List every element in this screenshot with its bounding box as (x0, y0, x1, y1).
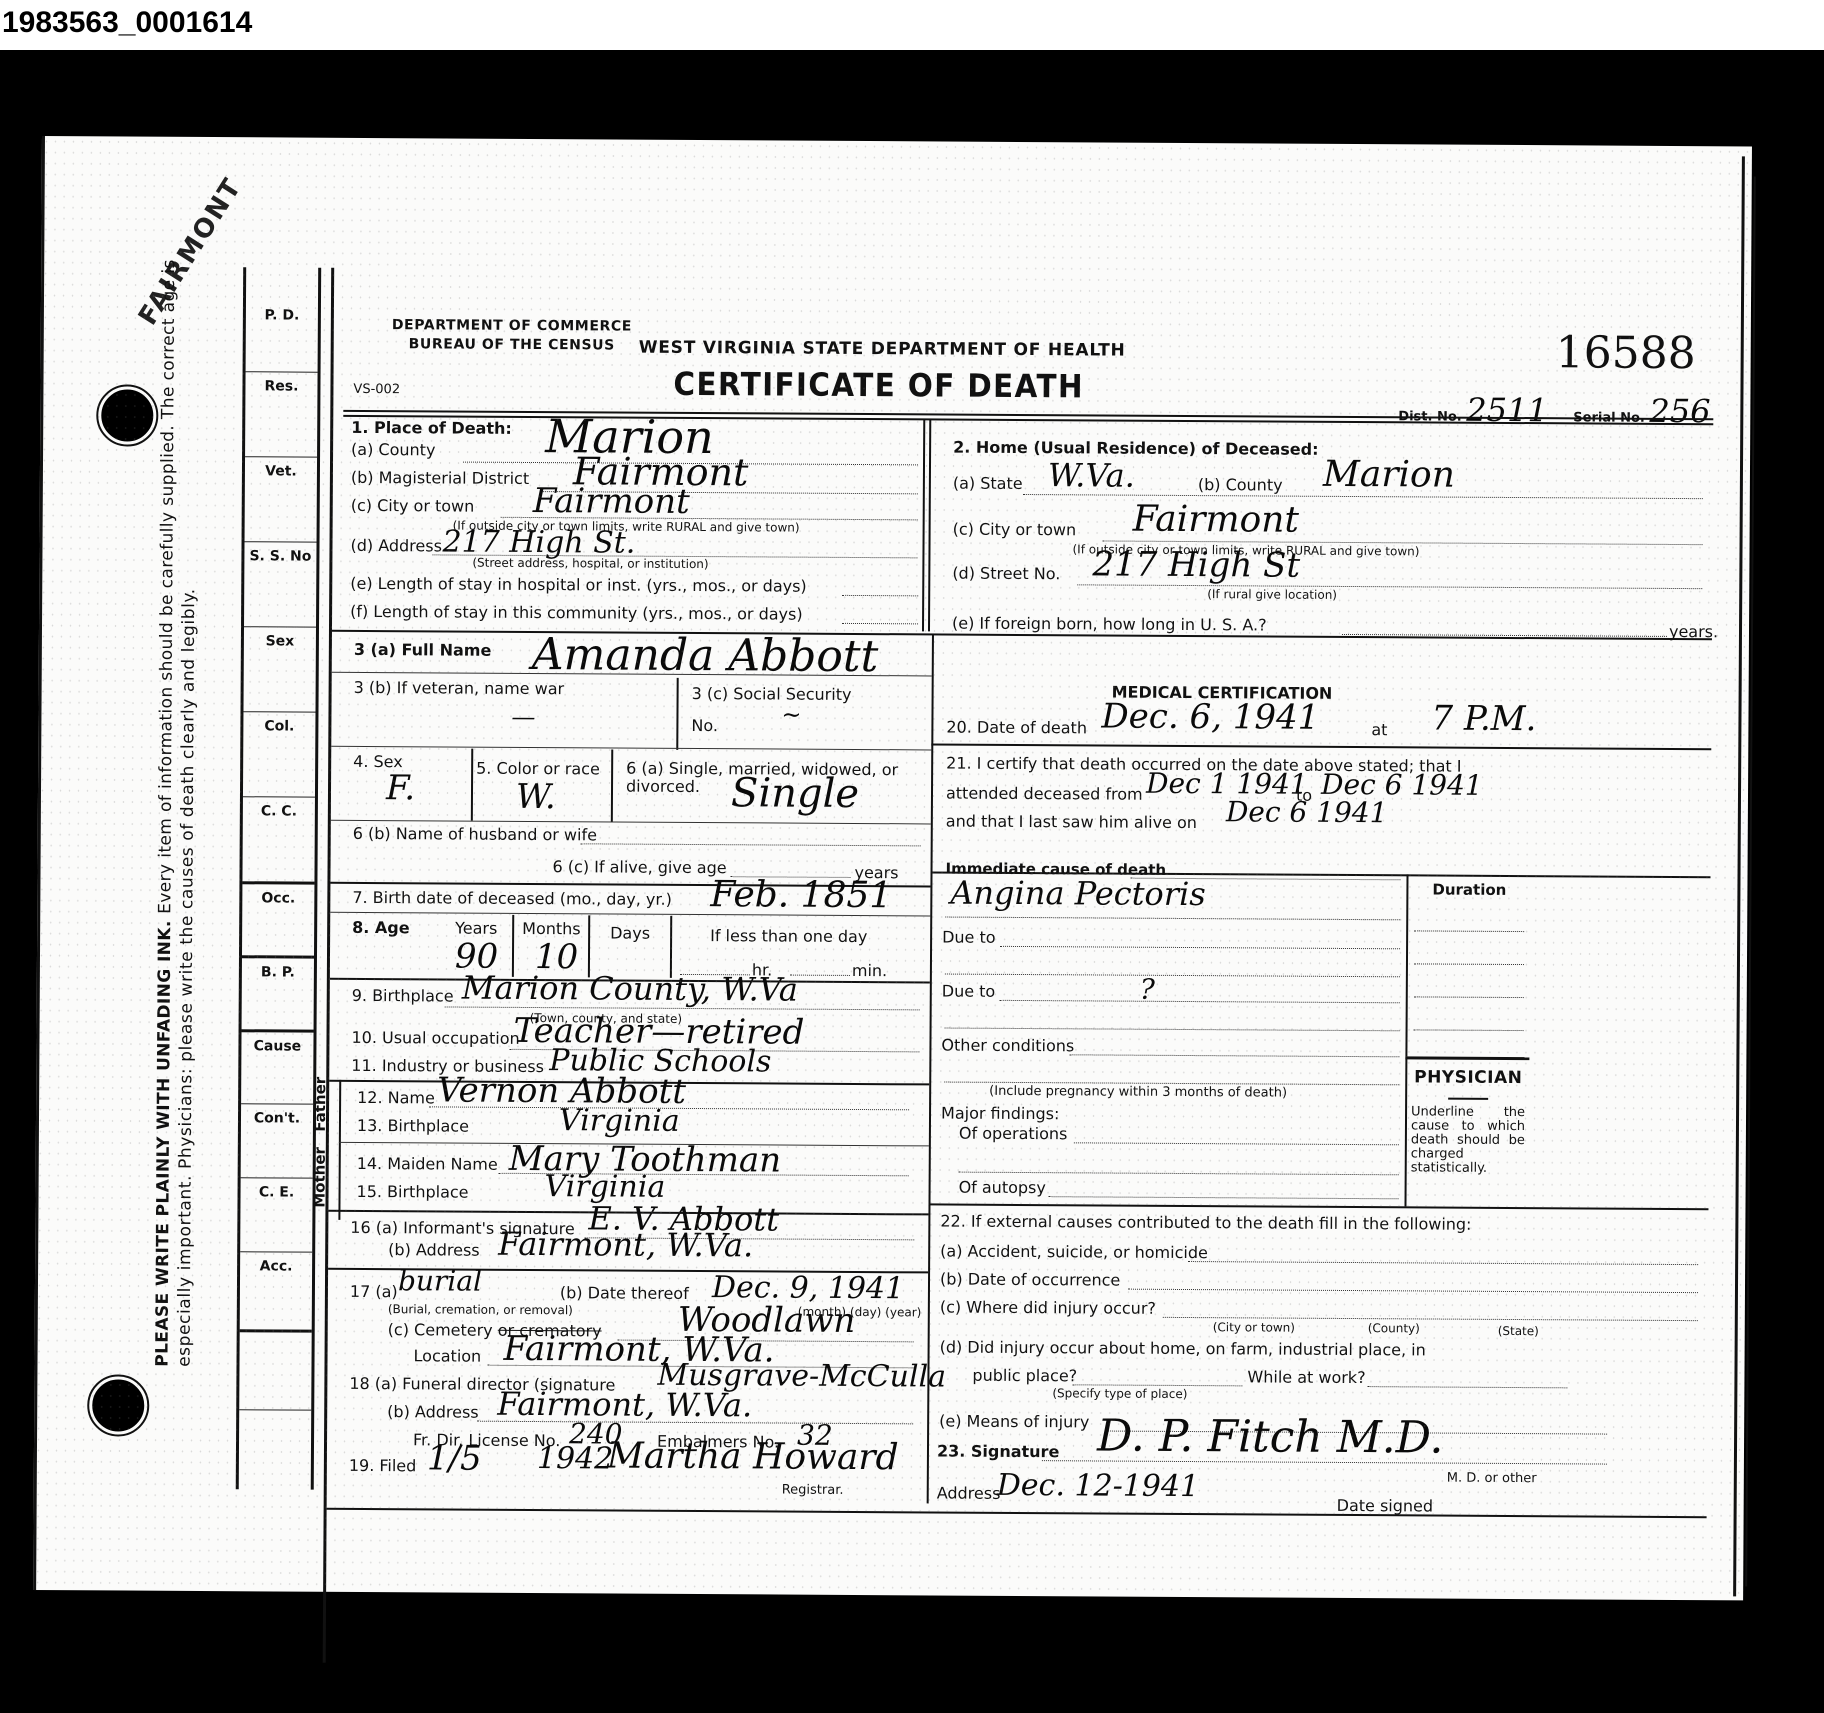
document-title: CERTIFICATE OF DEATH (673, 365, 1084, 406)
ss-no-label: No. (691, 716, 718, 735)
right-edge-inner (1745, 176, 1756, 1586)
dotted-line (1367, 1386, 1567, 1388)
duration-line (1414, 898, 1524, 932)
veteran-value: — (511, 703, 535, 731)
code-cell: Cause (241, 1029, 313, 1103)
pod-district-label: (b) Magisterial District (351, 468, 529, 488)
date-signed-label: Date signed (1337, 1496, 1434, 1516)
other-conditions-label: Other conditions (941, 1036, 1074, 1056)
res-city-label: (c) City or town (953, 520, 1077, 540)
res-street: 217 High St (1092, 544, 1300, 585)
age-months-label: Months (522, 919, 581, 938)
dotted-line (790, 975, 850, 976)
pregnancy-note: (Include pregnancy within 3 months of de… (989, 1084, 1287, 1101)
disposition-method: burial (398, 1264, 482, 1298)
pod-city: Fairmont (533, 481, 690, 522)
major-findings-label: Major findings: (941, 1104, 1059, 1124)
birth-date: Feb. 1851 (710, 874, 892, 916)
marital-value: Single (731, 770, 859, 817)
divider (471, 749, 473, 821)
row-rule (931, 743, 1711, 750)
director-address: Fairmont, W.Va. (497, 1385, 752, 1425)
code-cell: C. E. (240, 1177, 312, 1251)
race-value: W. (516, 777, 556, 817)
divider (928, 419, 931, 631)
dotted-line (581, 843, 921, 846)
agency-name: WEST VIRGINIA STATE DEPARTMENT OF HEALTH (639, 338, 1126, 361)
duration-line (1414, 997, 1524, 1031)
res-county-label: (b) County (1198, 475, 1283, 495)
spouse-label: 6 (b) Name of husband or wife (353, 824, 597, 844)
operations-label: Of operations (959, 1124, 1068, 1144)
due-to-1-label: Due to (942, 928, 996, 947)
res-state-label: (a) State (953, 474, 1023, 493)
father-birthplace: Virginia (559, 1103, 680, 1139)
age-years-label: Years (455, 919, 497, 938)
death-date-label: 20. Date of death (946, 718, 1087, 738)
divider (922, 419, 925, 631)
dotted-line (842, 595, 918, 596)
divider (670, 916, 672, 978)
physician-label: PHYSICIAN (1407, 1067, 1529, 1088)
external-a-label: (a) Accident, suicide, or homicide (940, 1242, 1208, 1263)
mother-birthplace-label: 15. Birthplace (357, 1182, 469, 1202)
code-cell: B. P. (242, 955, 314, 1029)
md-note: M. D. or other (1447, 1471, 1537, 1487)
disposition-date-label: (b) Date thereof (560, 1283, 689, 1303)
dotted-line (1000, 1000, 1400, 1003)
full-name-label: 3 (a) Full Name (354, 640, 492, 660)
pod-county-label: (a) County (351, 440, 435, 460)
registrar-name: Martha Howard (607, 1435, 899, 1478)
external-c-note-county: (County) (1368, 1321, 1420, 1335)
external-heading: 22. If external causes contributed to th… (940, 1212, 1471, 1234)
autopsy-label: Of autopsy (959, 1178, 1046, 1198)
residence-heading: 2. Home (Usual Residence) of Deceased: (953, 438, 1319, 459)
signature-label: 23. Signature (937, 1441, 1059, 1461)
age-label: 8. Age (352, 918, 410, 937)
bottom-rule (327, 1508, 1707, 1518)
dotted-line (1049, 1196, 1399, 1199)
pod-address-label: (d) Address (350, 536, 442, 556)
last-seen-label: and that I last saw him alive on (946, 812, 1197, 833)
filed-date: 1/5 (427, 1438, 482, 1478)
image-id-label: 1983563_0001614 (2, 6, 252, 40)
dotted-line (1188, 1261, 1698, 1265)
spouse-age-label: 6 (c) If alive, give age (552, 857, 726, 877)
director-address-label: (b) Address (387, 1402, 479, 1422)
age-days-label: Days (610, 923, 650, 942)
external-e-label: (e) Means of injury (939, 1412, 1089, 1432)
stay-hospital-label: (e) Length of stay in hospital or inst. … (350, 574, 807, 596)
cemetery-label-text: (c) Cemetery (388, 1320, 493, 1340)
external-d-note: (Specify type of place) (1052, 1386, 1187, 1401)
divider (588, 915, 590, 977)
external-c-note-city: (City or town) (1213, 1320, 1295, 1335)
dept-line1: DEPARTMENT OF COMMERCE (392, 316, 632, 336)
dotted-line (945, 917, 1400, 921)
divider (1448, 1098, 1488, 1100)
filed-year: 1942 (537, 1441, 614, 1476)
coding-column: P. D. Res. Vet. S. S. No Sex Col. C. C. … (236, 267, 321, 1489)
divider (611, 749, 613, 821)
father-birthplace-label: 13. Birthplace (357, 1116, 469, 1136)
physician-signature: D. P. Fitch M.D. (1097, 1410, 1444, 1463)
pod-city-label: (c) City or town (351, 496, 475, 516)
foreign-born-label: (e) If foreign born, how long in U. S. A… (952, 614, 1267, 635)
less-than-day-label: If less than one day (710, 926, 867, 946)
disposition-label: 17 (a) (350, 1282, 398, 1301)
certificate-number: 16588 (1556, 327, 1696, 379)
ss-label: 3 (c) Social Security (692, 684, 852, 704)
instructions-rest: Every item of information should be care… (155, 259, 179, 914)
death-certificate: FAIRMONT PLEASE WRITE PLAINLY WITH UNFAD… (33, 136, 1752, 1600)
row-rule (331, 746, 931, 751)
image-id-bar: 1983563_0001614 (0, 0, 1824, 50)
disposition-note: (Burial, cremation, or removal) (388, 1302, 573, 1317)
code-cell (239, 1329, 311, 1409)
physician-box: PHYSICIAN Underline the cause to which d… (1404, 1056, 1529, 1207)
dotted-line (1074, 1142, 1399, 1145)
birthplace-label: 9. Birthplace (352, 986, 454, 1006)
place-of-death-heading: 1. Place of Death: (351, 418, 512, 438)
duration-line (1414, 931, 1524, 965)
duration-label: Duration (1408, 880, 1530, 899)
immediate-cause: Angina Pectoris (950, 874, 1206, 914)
work-label: While at work? (1247, 1367, 1365, 1387)
right-edge (1733, 156, 1745, 1596)
ss-no: ~ (781, 701, 801, 729)
date-signed: Dec. 12-1941 (997, 1468, 1200, 1504)
death-time-label: at (1371, 720, 1387, 739)
external-d-label2: public place? (972, 1366, 1077, 1386)
mother-name-label: 14. Maiden Name (357, 1154, 498, 1174)
divider (512, 915, 514, 977)
punch-hole (98, 386, 156, 444)
res-county: Marion (1323, 454, 1455, 496)
divider (338, 1080, 341, 1220)
dotted-line (1069, 1054, 1399, 1057)
death-time: 7 P.M. (1431, 698, 1536, 739)
dotted-line (1000, 946, 1400, 949)
external-c-label: (c) Where did injury occur? (940, 1298, 1156, 1318)
registrar-label: Registrar. (782, 1483, 844, 1498)
pod-address-note: (Street address, hospital, or institutio… (472, 556, 708, 571)
father-name-label: 12. Name (357, 1088, 435, 1107)
dotted-line (1077, 584, 1702, 589)
father-tag: Father (311, 1077, 329, 1132)
res-state: W.Va. (1048, 456, 1135, 495)
attended-label: attended deceased from (946, 784, 1143, 804)
location-label: Location (413, 1346, 481, 1365)
birthplace: Marion County, W.Va (462, 969, 798, 1009)
dotted-line (959, 1172, 1399, 1176)
margin-instructions: PLEASE WRITE PLAINLY WITH UNFADING INK. … (152, 259, 201, 1367)
section-rule (928, 1203, 1708, 1210)
instructions-line2: especially important. Physicians: please… (174, 259, 201, 1367)
res-street-label: (d) Street No. (952, 564, 1060, 584)
occupation-label: 10. Usual occupation (351, 1028, 519, 1048)
form-body: DEPARTMENT OF COMMERCE BUREAU OF THE CEN… (323, 268, 1716, 1671)
code-cell: Occ. (242, 881, 314, 955)
due-to-2-label: Due to (942, 982, 996, 1001)
external-c-note-state: (State) (1498, 1324, 1539, 1338)
external-b-label: (b) Date of occurrence (940, 1270, 1120, 1290)
duration-box: Duration (1405, 874, 1530, 1057)
dotted-line (945, 1028, 1400, 1032)
instructions-bold: PLEASE WRITE PLAINLY WITH UNFADING INK. (152, 920, 175, 1367)
external-d-label: (d) Did injury occur about home, on farm… (940, 1338, 1426, 1360)
birth-date-label: 7. Birth date of deceased (mo., day, yr.… (352, 888, 672, 909)
left-edge (33, 136, 45, 1590)
dept-line2: BUREAU OF THE CENSUS (392, 335, 632, 355)
stay-community-label: (f) Length of stay in this community (yr… (350, 602, 803, 624)
code-cell: C. C. (242, 796, 315, 881)
code-cell (239, 1409, 311, 1489)
code-cell: Acc. (240, 1251, 312, 1329)
veteran-label: 3 (b) If veteran, name war (354, 678, 565, 698)
res-street-note: (If rural give location) (1207, 587, 1337, 602)
duration-line (1414, 964, 1524, 998)
code-cell: Con't. (241, 1103, 313, 1177)
form-number: VS-002 (353, 382, 400, 397)
dotted-line (1128, 1289, 1698, 1293)
informant-address-label: (b) Address (388, 1240, 480, 1260)
informant-address: Fairmont, W.Va. (498, 1225, 753, 1265)
physician-note: Underline the cause to which death shoul… (1407, 1105, 1529, 1176)
divider (676, 678, 678, 750)
punch-hole (89, 1376, 147, 1434)
dotted-line (945, 974, 1400, 978)
code-cell: Res. (245, 371, 318, 456)
code-cell: Vet. (245, 456, 318, 541)
dotted-line (842, 623, 918, 624)
sig-address-label: Address (937, 1483, 1001, 1502)
sex-value: F. (386, 768, 415, 808)
filed-label: 19. Filed (349, 1456, 417, 1475)
res-city: Fairmont (1133, 499, 1299, 541)
mother-tag: Mother (310, 1147, 328, 1208)
dept-header: DEPARTMENT OF COMMERCE BUREAU OF THE CEN… (392, 316, 632, 355)
code-cell: S. S. No (244, 541, 317, 626)
code-cell: Col. (243, 711, 316, 796)
code-cell: P. D. (246, 267, 319, 371)
min-label: min. (852, 961, 887, 980)
code-cell: Sex (243, 626, 316, 711)
race-label: 5. Color or race (476, 759, 600, 779)
death-date: Dec. 6, 1941 (1101, 696, 1319, 737)
last-seen: Dec 6 1941 (1226, 795, 1388, 829)
